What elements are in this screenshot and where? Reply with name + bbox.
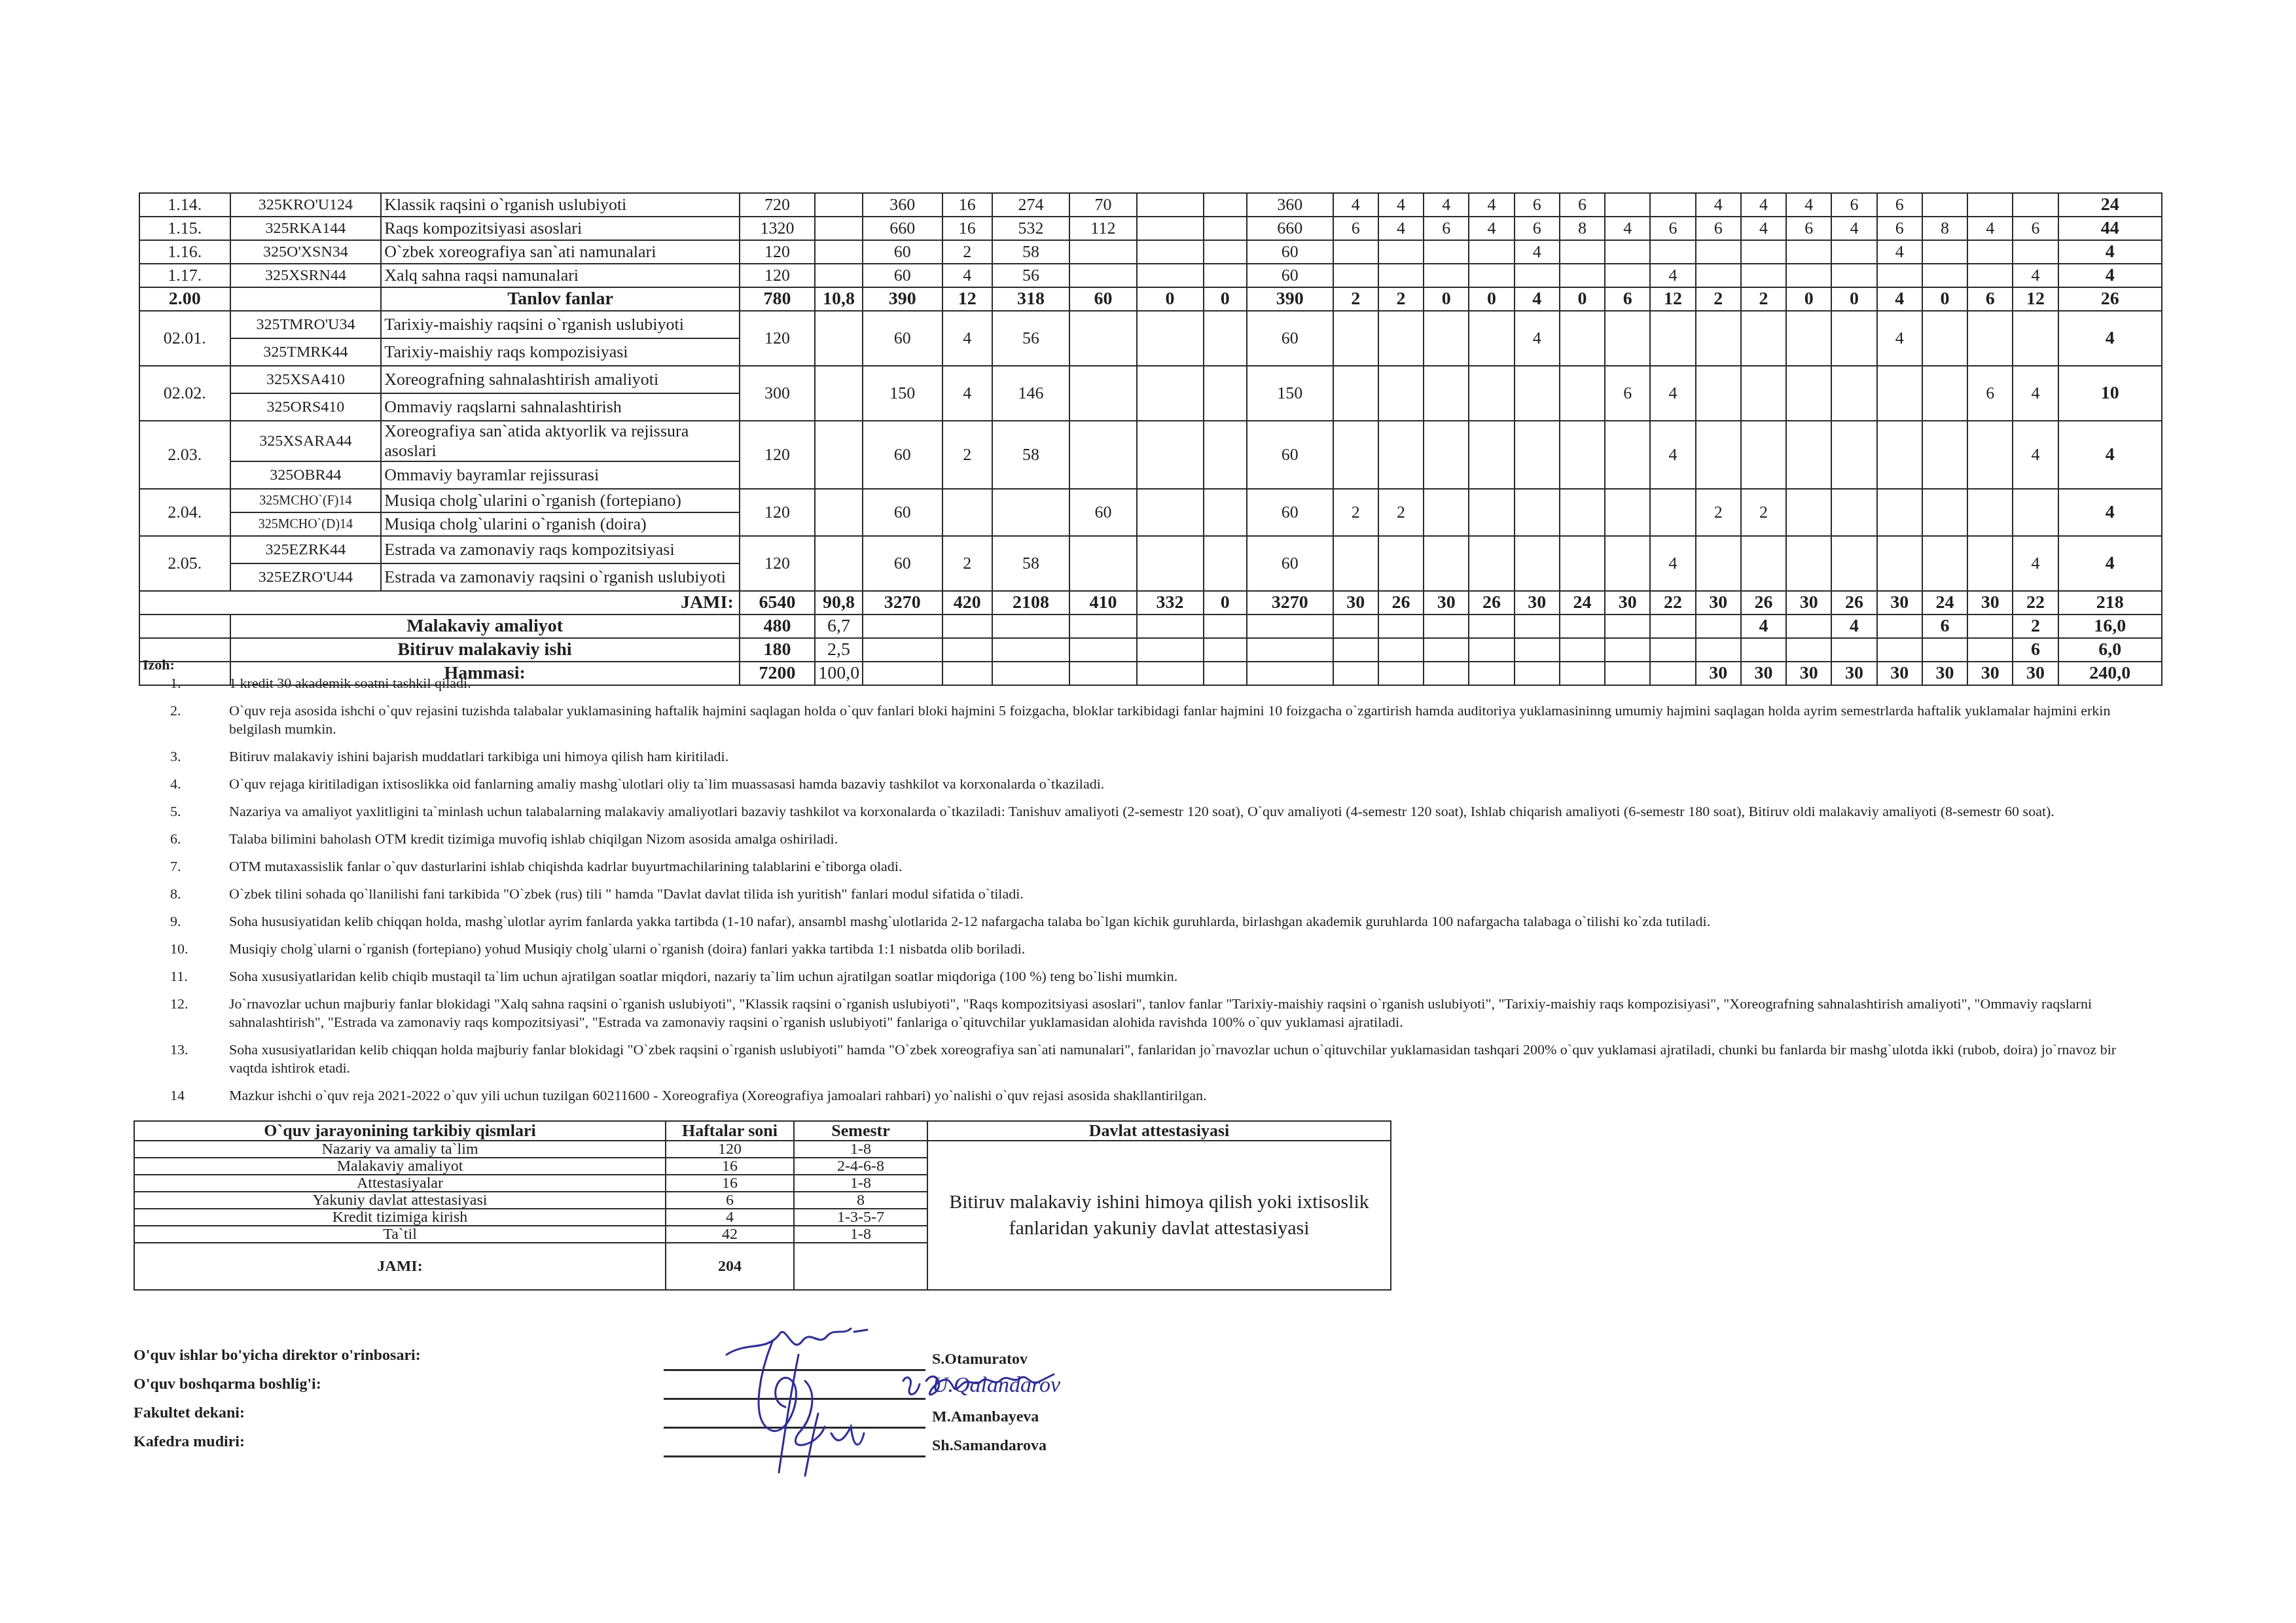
- weekly-hours-cell: 6: [2013, 638, 2058, 662]
- weekly-hours-cell: 0: [1469, 287, 1514, 311]
- weekly-hours-cell: [1877, 366, 1922, 421]
- empty-cell: [1204, 638, 1247, 662]
- process-part: Nazariy va amaliy ta`lim: [134, 1141, 666, 1158]
- weekly-hours-cell: [1378, 615, 1424, 638]
- semester-range: 8: [794, 1192, 927, 1209]
- weekly-hours-cell: [1605, 536, 1650, 591]
- weekly-hours-cell: [1378, 638, 1424, 662]
- weekly-hours-cell: [1650, 638, 1695, 662]
- hours-cell: [1069, 311, 1136, 366]
- subject-name: Estrada va zamonaviy raqsini o`rganish u…: [381, 563, 739, 591]
- hours-cell: [1069, 264, 1136, 287]
- hours-cell: 120: [740, 311, 815, 366]
- weekly-hours-cell: [1967, 193, 2013, 217]
- subject-name: Ommaviy raqslarni sahnalashtirish: [381, 393, 739, 421]
- weekly-hours-cell: [1786, 366, 1831, 421]
- weekly-hours-cell: 0: [1922, 287, 1967, 311]
- weekly-hours-cell: 0: [1831, 287, 1876, 311]
- weekly-hours-cell: 6: [1696, 217, 1741, 240]
- note-number: 6.: [157, 830, 229, 848]
- percent-cell: 6,7: [815, 615, 863, 638]
- subject-number: 1.15.: [139, 217, 230, 240]
- weekly-hours-cell: 4: [2013, 264, 2058, 287]
- hours-cell: 660: [863, 217, 942, 240]
- weekly-hours-cell: 8: [1560, 217, 1605, 240]
- note-text: Bitiruv malakaviy ishini bajarish muddat…: [229, 747, 2140, 766]
- subject-code: 325EZRO'U44: [230, 563, 382, 591]
- credit-total-cell: 24: [2058, 193, 2162, 217]
- weekly-hours-cell: 2: [1696, 489, 1741, 536]
- weekly-hours-cell: [1560, 536, 1605, 591]
- process-part: Malakaviy amaliyot: [134, 1158, 666, 1175]
- note-number: 3.: [157, 747, 229, 766]
- weekly-hours-cell: [1605, 311, 1650, 366]
- hours-cell: 16: [942, 217, 992, 240]
- elective-group-number: 2.05.: [139, 536, 230, 591]
- weekly-hours-cell: [1696, 638, 1741, 662]
- process-part: Attestasiyalar: [134, 1175, 666, 1192]
- weekly-hours-cell: [1333, 311, 1378, 366]
- weekly-hours-cell: 6: [1515, 193, 1560, 217]
- weekly-hours-cell: 6: [1877, 217, 1922, 240]
- weekly-hours-cell: 6: [2013, 217, 2058, 240]
- subject-name: Tarixiy-maishiy raqsini o`rganish uslubi…: [381, 311, 739, 338]
- hours-cell: 390: [1247, 287, 1333, 311]
- hours-cell: 60: [1247, 311, 1333, 366]
- weekly-hours-cell: 6: [1605, 287, 1650, 311]
- hours-cell: 120: [740, 489, 815, 536]
- weekly-hours-cell: 6: [1877, 193, 1922, 217]
- hours-cell: 120: [740, 536, 815, 591]
- subject-name: O`zbek xoreografiya san`ati namunalari: [381, 240, 739, 264]
- hours-cell: 58: [992, 536, 1070, 591]
- elective-subject-row: 02.02.325XSA410Xoreografning sahnalashti…: [139, 366, 2162, 393]
- weekly-hours-cell: [1922, 421, 1967, 489]
- hours-cell: 90,8: [815, 591, 863, 615]
- note-text: Talaba bilimini baholash OTM kredit tizi…: [229, 830, 2140, 848]
- weekly-hours-cell: [1967, 489, 2013, 536]
- weekly-hours-cell: [1333, 366, 1378, 421]
- credit-total-cell: 218: [2058, 591, 2162, 615]
- weekly-hours-cell: [1515, 638, 1560, 662]
- subject-name: Ommaviy bayramlar rejissurasi: [381, 461, 739, 489]
- hours-cell: 12: [942, 287, 992, 311]
- subject-number: 1.16.: [139, 240, 230, 264]
- summary-label: Bitiruv malakaviy ishi: [230, 638, 740, 662]
- note-text: 1 kredit 30 akademik soatni tashkil qila…: [229, 674, 2140, 692]
- empty-cell: [1137, 638, 1204, 662]
- subject-name: Xalq sahna raqsi namunalari: [381, 264, 739, 287]
- weekly-hours-cell: [1786, 421, 1831, 489]
- weekly-hours-cell: [1515, 489, 1560, 536]
- hours-cell: 660: [1247, 217, 1333, 240]
- weekly-hours-cell: 4: [2013, 421, 2058, 489]
- weekly-hours-cell: 26: [1831, 591, 1876, 615]
- hours-cell: [1204, 193, 1247, 217]
- hours-cell: 420: [942, 591, 992, 615]
- subject-name: Musiqa cholg`ularini o`rganish (fortepia…: [381, 489, 739, 512]
- empty-cell: [1069, 638, 1136, 662]
- weekly-hours-cell: 30: [1786, 591, 1831, 615]
- hours-cell: 2: [942, 421, 992, 489]
- credit-total-cell: 4: [2058, 264, 2162, 287]
- notes-title: Izoh:: [143, 656, 175, 673]
- weekly-hours-cell: [1741, 536, 1786, 591]
- weekly-hours-cell: [1650, 615, 1695, 638]
- hours-cell: 1320: [740, 217, 815, 240]
- weekly-hours-cell: [1877, 264, 1922, 287]
- subject-name: Klassik raqsini o`rganish uslubiyoti: [381, 193, 739, 217]
- weekly-hours-cell: 4: [1741, 615, 1786, 638]
- weekly-hours-cell: [1696, 421, 1741, 489]
- elective-group-number: 02.02.: [139, 366, 230, 421]
- weekly-hours-cell: [1786, 311, 1831, 366]
- hours-cell: 360: [1247, 193, 1333, 217]
- note-text: Soha xususiyatlaridan kelib chiqib musta…: [229, 967, 2140, 986]
- elective-block-row: 2.00Tanlov fanlar78010,83901231860003902…: [139, 287, 2162, 311]
- note-text: O`quv reja asosida ishchi o`quv rejasini…: [229, 702, 2140, 738]
- weekly-hours-cell: [1786, 536, 1831, 591]
- weekly-hours-cell: 4: [1741, 217, 1786, 240]
- block-number: 2.00: [139, 287, 230, 311]
- hours-cell: 532: [992, 217, 1070, 240]
- signatory-role: Kafedra mudiri:: [134, 1433, 245, 1451]
- signatory-name: M.Amanbayeva: [932, 1408, 1039, 1426]
- hours-cell: [1204, 421, 1247, 489]
- empty-cell: [1137, 615, 1204, 638]
- hours-cell: 56: [992, 311, 1070, 366]
- hours-cell: 332: [1137, 591, 1204, 615]
- hours-cell: 146: [992, 366, 1070, 421]
- block-title: Tanlov fanlar: [381, 287, 739, 311]
- weekly-hours-cell: 4: [1469, 193, 1514, 217]
- summary-row: Nazariy va amaliy ta`lim1201-8Bitiruv ma…: [134, 1141, 1391, 1158]
- hours-cell: 780: [740, 287, 815, 311]
- note-item: 7.OTM mutaxassislik fanlar o`quv dasturl…: [157, 857, 2140, 876]
- note-text: O`quv rejaga kiritiladigan ixtisoslikka …: [229, 775, 2140, 793]
- empty-cell: [1247, 615, 1333, 638]
- weekly-hours-cell: [2013, 311, 2058, 366]
- curriculum-table: 1.14.325KRO'U124Klassik raqsini o`rganis…: [139, 192, 2162, 686]
- weekly-hours-cell: [1696, 240, 1741, 264]
- credit-total-cell: 16,0: [2058, 615, 2162, 638]
- note-item: 2.O`quv reja asosida ishchi o`quv rejasi…: [157, 702, 2140, 738]
- weekly-hours-cell: [1424, 366, 1469, 421]
- note-number: 2.: [157, 702, 229, 738]
- note-text: Mazkur ishchi o`quv reja 2021-2022 o`quv…: [229, 1086, 2140, 1105]
- weekly-hours-cell: [1469, 240, 1514, 264]
- hours-cell: [1069, 421, 1136, 489]
- empty-cell: [1204, 615, 1247, 638]
- subject-code: 325XSARA44: [230, 421, 382, 461]
- elective-group-number: 2.04.: [139, 489, 230, 536]
- weekly-hours-cell: [1922, 366, 1967, 421]
- signatory-name: Sh.Samandarova: [932, 1437, 1047, 1455]
- hours-cell: 60: [1247, 536, 1333, 591]
- weekly-hours-cell: 22: [2013, 591, 2058, 615]
- hours-cell: 112: [1069, 217, 1136, 240]
- weekly-hours-cell: [1741, 366, 1786, 421]
- column-header: O`quv jarayonining tarkibiy qismlari: [134, 1121, 666, 1141]
- weekly-hours-cell: [1333, 240, 1378, 264]
- subject-code: 325MCHO`(F)14: [230, 489, 382, 512]
- weekly-hours-cell: [1741, 421, 1786, 489]
- weekly-hours-cell: [1469, 489, 1514, 536]
- hours-cell: 60: [1069, 489, 1136, 536]
- note-number: 1.: [157, 674, 229, 692]
- weekly-hours-cell: [1605, 421, 1650, 489]
- hours-cell: [1137, 366, 1204, 421]
- signature-line: [664, 1427, 925, 1429]
- total-weeks: 204: [666, 1243, 794, 1290]
- empty-cell: [992, 615, 1070, 638]
- subject-code: 325O'XSN34: [230, 240, 382, 264]
- hours-cell: [1204, 489, 1247, 536]
- hours-cell: 60: [863, 421, 942, 489]
- subject-code: 325RKA144: [230, 217, 382, 240]
- subject-row: 1.16.325O'XSN34O`zbek xoreografiya san`a…: [139, 240, 2162, 264]
- subject-code: 325XSRN44: [230, 264, 382, 287]
- note-number: 5.: [157, 802, 229, 821]
- hours-cell: 3270: [1247, 591, 1333, 615]
- weekly-hours-cell: [1515, 536, 1560, 591]
- note-item: 6.Talaba bilimini baholash OTM kredit ti…: [157, 830, 2140, 848]
- note-text: Nazariya va amaliyot yaxlitligini ta`min…: [229, 802, 2140, 821]
- weekly-hours-cell: 4: [1424, 193, 1469, 217]
- weekly-hours-cell: 0: [1424, 287, 1469, 311]
- weekly-hours-cell: [1922, 536, 1967, 591]
- note-text: OTM mutaxassislik fanlar o`quv dasturlar…: [229, 857, 2140, 876]
- weekly-hours-cell: 30: [1696, 591, 1741, 615]
- subject-number: 1.17.: [139, 264, 230, 287]
- grand-total-row: JAMI:654090,8327042021084103320327030263…: [139, 591, 2162, 615]
- weekly-hours-cell: 6: [1650, 217, 1695, 240]
- hours-cell: [815, 311, 863, 366]
- weekly-hours-cell: [1333, 638, 1378, 662]
- subject-name: Estrada va zamonaviy raqs kompozitsiyasi: [381, 536, 739, 563]
- weekly-hours-cell: [1469, 638, 1514, 662]
- weekly-hours-cell: [1424, 615, 1469, 638]
- summary-row: Bitiruv malakaviy ishi1802,566,0: [139, 638, 2162, 662]
- empty-cell: [942, 615, 992, 638]
- semester-range: 1-8: [794, 1226, 927, 1243]
- credit-total-cell: 26: [2058, 287, 2162, 311]
- note-item: 5.Nazariya va amaliyot yaxlitligini ta`m…: [157, 802, 2140, 821]
- weekly-hours-cell: [1515, 264, 1560, 287]
- hours-cell: [1069, 240, 1136, 264]
- note-text: Soha xususiyatlaridan kelib chiqqan hold…: [229, 1041, 2140, 1077]
- hours-cell: [815, 366, 863, 421]
- hours-cell: [1069, 536, 1136, 591]
- weekly-hours-cell: 6: [1786, 217, 1831, 240]
- hours-cell: [1204, 217, 1247, 240]
- hours-cell: 120: [740, 240, 815, 264]
- weekly-hours-cell: 30: [1333, 591, 1378, 615]
- hours-cell: 0: [1204, 287, 1247, 311]
- weekly-hours-cell: [1967, 536, 2013, 591]
- hours-cell: 4: [942, 264, 992, 287]
- hours-cell: 120: [740, 421, 815, 489]
- column-header: Haftalar soni: [666, 1121, 794, 1141]
- hours-cell: 60: [863, 536, 942, 591]
- subject-row: 1.15.325RKA144Raqs kompozitsiyasi asosla…: [139, 217, 2162, 240]
- weekly-hours-cell: [1831, 366, 1876, 421]
- weekly-hours-cell: [1605, 638, 1650, 662]
- weekly-hours-cell: 4: [1515, 287, 1560, 311]
- weekly-hours-cell: 22: [1650, 591, 1695, 615]
- hours-cell: [815, 193, 863, 217]
- weekly-hours-cell: [1560, 311, 1605, 366]
- weekly-hours-cell: [1605, 240, 1650, 264]
- weekly-hours-cell: [1469, 311, 1514, 366]
- hours-cell: [942, 489, 992, 536]
- process-part: Ta`til: [134, 1226, 666, 1243]
- percent-cell: 2,5: [815, 638, 863, 662]
- weekly-hours-cell: [1650, 240, 1695, 264]
- column-header: Davlat attestasiyasi: [927, 1121, 1391, 1141]
- weekly-hours-cell: [1831, 536, 1876, 591]
- weekly-hours-cell: 0: [1560, 287, 1605, 311]
- hours-cell: 180: [740, 638, 815, 662]
- note-number: 11.: [157, 967, 229, 986]
- total-label: JAMI:: [134, 1243, 666, 1290]
- total-label: JAMI:: [139, 591, 740, 615]
- weekly-hours-cell: [1650, 311, 1695, 366]
- weekly-hours-cell: [1378, 421, 1424, 489]
- hours-cell: 70: [1069, 193, 1136, 217]
- weekly-hours-cell: [1560, 489, 1605, 536]
- subject-number: 1.14.: [139, 193, 230, 217]
- note-item: 1.1 kredit 30 akademik soatni tashkil qi…: [157, 674, 2140, 692]
- weekly-hours-cell: 24: [1922, 591, 1967, 615]
- credit-total-cell: 4: [2058, 421, 2162, 489]
- note-number: 12.: [157, 995, 229, 1031]
- handwritten-signatures-icon: [687, 1315, 1145, 1479]
- weekly-hours-cell: [1469, 421, 1514, 489]
- hours-cell: [1204, 366, 1247, 421]
- weekly-hours-cell: [1424, 638, 1469, 662]
- hours-cell: 390: [863, 287, 942, 311]
- hours-cell: [815, 536, 863, 591]
- weekly-hours-cell: [1877, 615, 1922, 638]
- weekly-hours-cell: [1831, 311, 1876, 366]
- weekly-hours-cell: [1378, 311, 1424, 366]
- hours-cell: 56: [992, 264, 1070, 287]
- hours-cell: [815, 489, 863, 536]
- hours-cell: 10,8: [815, 287, 863, 311]
- weekly-hours-cell: 4: [1378, 193, 1424, 217]
- weekly-hours-cell: [1605, 264, 1650, 287]
- summary-row: Malakaviy amaliyot4806,7446216,0: [139, 615, 2162, 638]
- hours-cell: [1204, 311, 1247, 366]
- weeks-count: 120: [666, 1141, 794, 1158]
- empty-cell: [1247, 638, 1333, 662]
- hours-cell: 4: [942, 366, 992, 421]
- summary-label: Malakaviy amaliyot: [230, 615, 740, 638]
- weekly-hours-cell: 4: [1741, 193, 1786, 217]
- signature-line: [664, 1398, 925, 1400]
- hours-cell: 3270: [863, 591, 942, 615]
- weekly-hours-cell: [1650, 489, 1695, 536]
- credit-total-cell: 4: [2058, 536, 2162, 591]
- weekly-hours-cell: [1378, 366, 1424, 421]
- note-item: 3.Bitiruv malakaviy ishini bajarish mudd…: [157, 747, 2140, 766]
- weekly-hours-cell: 30: [1605, 591, 1650, 615]
- note-number: 10.: [157, 940, 229, 958]
- column-header: Semestr: [794, 1121, 927, 1141]
- weekly-hours-cell: 2: [2013, 615, 2058, 638]
- weekly-hours-cell: [2013, 489, 2058, 536]
- weekly-hours-cell: [1560, 240, 1605, 264]
- elective-group-number: 02.01.: [139, 311, 230, 366]
- curriculum-page: 1.14.325KRO'U124Klassik raqsini o`rganis…: [0, 0, 2296, 1623]
- hours-cell: 2: [942, 536, 992, 591]
- semester-range: 2-4-6-8: [794, 1158, 927, 1175]
- weekly-hours-cell: 2: [1696, 287, 1741, 311]
- subject-code: 325TMRK44: [230, 338, 382, 366]
- weekly-hours-cell: 2: [1378, 489, 1424, 536]
- hours-cell: 360: [863, 193, 942, 217]
- weekly-hours-cell: [1424, 264, 1469, 287]
- weekly-hours-cell: [1831, 638, 1876, 662]
- weekly-hours-cell: [1424, 311, 1469, 366]
- subject-code: 325ORS410: [230, 393, 382, 421]
- weekly-hours-cell: [1560, 421, 1605, 489]
- credit-total-cell: 6,0: [2058, 638, 2162, 662]
- hours-cell: 480: [740, 615, 815, 638]
- hours-cell: 2: [942, 240, 992, 264]
- elective-subject-row: 02.01.325TMRO'U34Tarixiy-maishiy raqsini…: [139, 311, 2162, 338]
- subject-code: 325TMRO'U34: [230, 311, 382, 338]
- semester-range: 1-8: [794, 1175, 927, 1192]
- weekly-hours-cell: 6: [1922, 615, 1967, 638]
- hours-cell: 300: [740, 366, 815, 421]
- hours-cell: 150: [1247, 366, 1333, 421]
- note-text: Soha hususiyatidan kelib chiqqan holda, …: [229, 912, 2140, 931]
- signatory-name: U.Qalandarov: [932, 1373, 1060, 1398]
- weeks-count: 42: [666, 1226, 794, 1243]
- credit-total-cell: 10: [2058, 366, 2162, 421]
- subject-name: Xoreografning sahnalashtirish amaliyoti: [381, 366, 739, 393]
- weekly-hours-cell: [1650, 193, 1695, 217]
- weekly-hours-cell: [1469, 366, 1514, 421]
- weekly-hours-cell: 26: [1741, 591, 1786, 615]
- hours-cell: [1137, 193, 1204, 217]
- weekly-hours-cell: [1333, 615, 1378, 638]
- weekly-hours-cell: [1877, 638, 1922, 662]
- weekly-hours-cell: [1831, 240, 1876, 264]
- state-attestation-text: Bitiruv malakaviy ishini himoya qilish y…: [927, 1141, 1391, 1290]
- weekly-hours-cell: 2: [1333, 489, 1378, 536]
- weekly-hours-cell: 4: [1831, 615, 1876, 638]
- weekly-hours-cell: [1967, 638, 2013, 662]
- hours-cell: 720: [740, 193, 815, 217]
- hours-cell: [1137, 421, 1204, 489]
- weekly-hours-cell: 2: [1333, 287, 1378, 311]
- note-item: 8.O`zbek tilini sohada qo`llanilishi fan…: [157, 885, 2140, 903]
- hours-cell: [1137, 489, 1204, 536]
- note-item: 13.Soha xususiyatlaridan kelib chiqqan h…: [157, 1041, 2140, 1077]
- semester-range: 1-3-5-7: [794, 1209, 927, 1226]
- hours-cell: 0: [1204, 591, 1247, 615]
- weekly-hours-cell: 4: [1650, 536, 1695, 591]
- hours-cell: 120: [740, 264, 815, 287]
- weekly-hours-cell: [1333, 536, 1378, 591]
- note-number: 7.: [157, 857, 229, 876]
- hours-cell: [1137, 311, 1204, 366]
- weekly-hours-cell: [1424, 421, 1469, 489]
- weekly-hours-cell: [1922, 240, 1967, 264]
